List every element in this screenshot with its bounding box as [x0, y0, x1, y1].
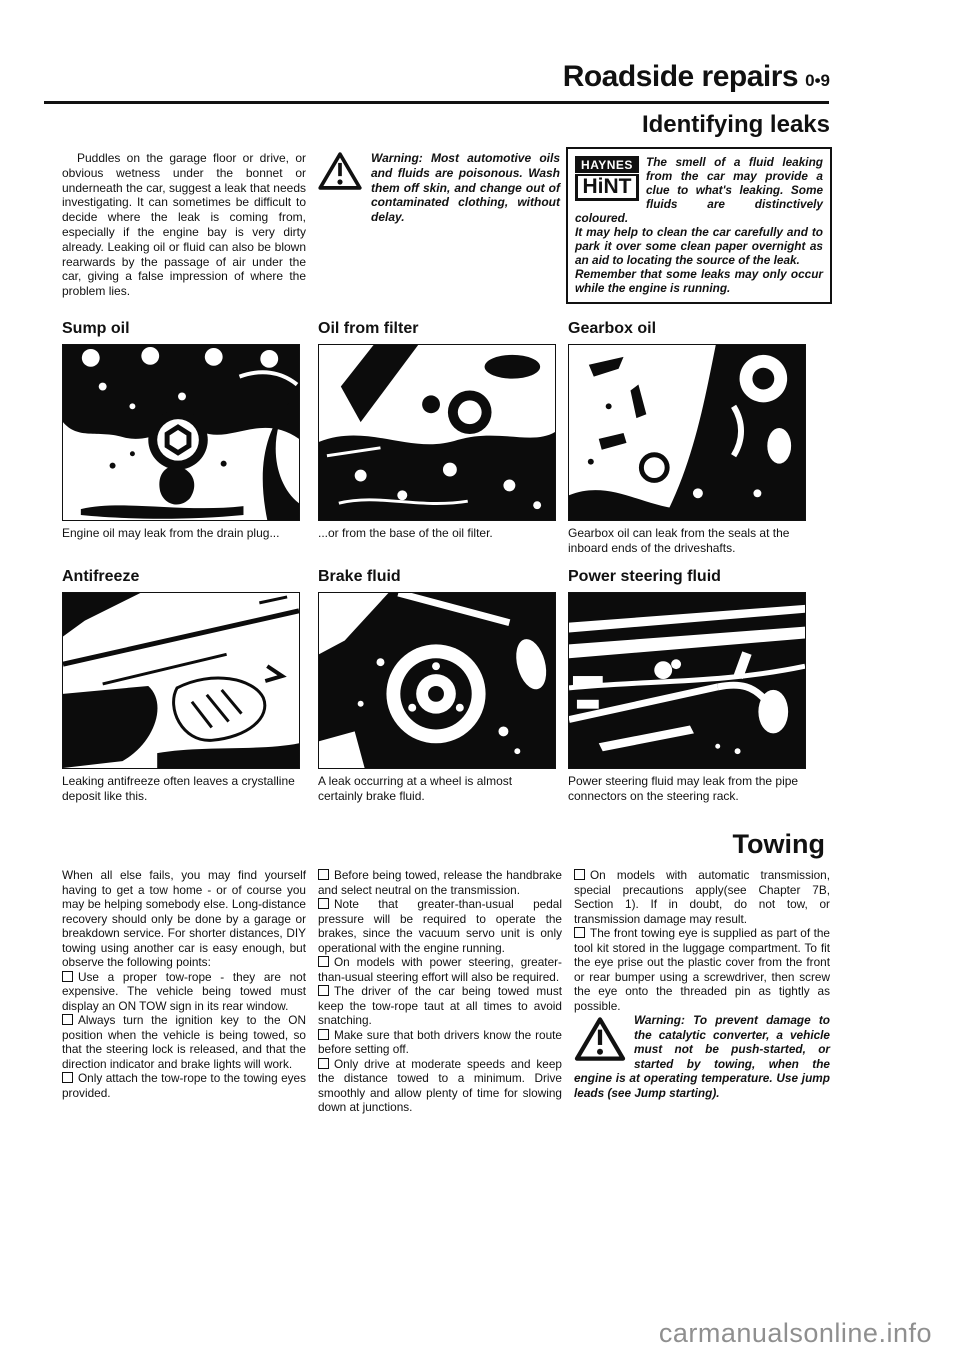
- towing-item-text: On models with power steering, greater-t…: [318, 955, 562, 984]
- leaks-warning-block: Warning: Most automotive oils and fluids…: [318, 151, 560, 225]
- section-title: Sump oil: [62, 320, 300, 338]
- checkbox-icon: [62, 971, 73, 982]
- warning-triangle-icon: [574, 1016, 626, 1062]
- towing-item: Use a proper tow-rope - they are not exp…: [62, 970, 306, 1014]
- photo-caption: ...or from the base of the oil filter.: [318, 526, 556, 541]
- section-title: Gearbox oil: [568, 320, 806, 338]
- brake-fluid-photo: [318, 592, 556, 769]
- haynes-hint-logo: HAYNES HiNT: [575, 156, 639, 201]
- checkbox-icon: [318, 956, 329, 967]
- towing-item-text: The driver of the car being towed must k…: [318, 984, 562, 1027]
- checkbox-icon: [574, 927, 585, 938]
- page-number: 0•9: [805, 71, 830, 90]
- haynes-hint-box: HAYNES HiNT The smell of a fluid leaking…: [566, 147, 832, 304]
- antifreeze-photo: [62, 592, 300, 769]
- warning-triangle-icon: [318, 151, 362, 191]
- photo-caption: Power steering fluid may leak from the p…: [568, 774, 806, 803]
- towing-item: Before being towed, release the handbrak…: [318, 868, 562, 897]
- photo-caption: Engine oil may leak from the drain plug.…: [62, 526, 300, 541]
- towing-column-3: On models with automatic transmission, s…: [574, 868, 830, 1100]
- sump-oil-photo: [62, 344, 300, 521]
- checkbox-icon: [318, 985, 329, 996]
- hint-paragraph: It may help to clean the car carefully a…: [575, 225, 823, 267]
- towing-intro: When all else fails, you may find yourse…: [62, 868, 306, 970]
- towing-warning-block: Warning: To prevent damage to the cataly…: [574, 1013, 830, 1100]
- towing-item-text: Always turn the ignition key to the ON p…: [62, 1013, 306, 1071]
- towing-item: The front towing eye is supplied as part…: [574, 926, 830, 1013]
- towing-item-text: Use a proper tow-rope - they are not exp…: [62, 970, 306, 1013]
- towing-item: Only drive at moderate speeds and keep t…: [318, 1057, 562, 1115]
- checkbox-icon: [62, 1072, 73, 1083]
- page-header: Roadside repairs0•9: [563, 60, 830, 94]
- towing-item: Always turn the ignition key to the ON p…: [62, 1013, 306, 1071]
- towing-item: On models with automatic transmission, s…: [574, 868, 830, 926]
- section-title: Oil from filter: [318, 320, 556, 338]
- section-sump-oil: Sump oil Engine oil may leak from the dr…: [62, 320, 300, 541]
- warning-triangle-icon: [318, 151, 362, 225]
- hint-paragraph: Remember that some leaks may only occur …: [575, 267, 823, 295]
- warning-triangle-icon: [574, 1016, 626, 1062]
- watermark: carmanualsonline.info: [659, 1318, 932, 1349]
- towing-item-text: The front towing eye is supplied as part…: [574, 926, 830, 1013]
- intro-paragraph: Puddles on the garage floor or drive, or…: [62, 151, 306, 299]
- leaks-warning-text: Warning: Most automotive oils and fluids…: [371, 151, 560, 225]
- identifying-leaks-heading: Identifying leaks: [642, 111, 830, 139]
- gearbox-oil-photo: [568, 344, 806, 521]
- towing-item: The driver of the car being towed must k…: [318, 984, 562, 1028]
- manual-page: Roadside repairs0•9 Identifying leaks Pu…: [0, 0, 960, 1362]
- section-title: Antifreeze: [62, 568, 300, 586]
- checkbox-icon: [318, 1029, 329, 1040]
- checkbox-icon: [318, 1058, 329, 1069]
- towing-item-text: On models with automatic transmission, s…: [574, 868, 830, 926]
- identifying-leaks-intro: Puddles on the garage floor or drive, or…: [62, 151, 306, 299]
- checkbox-icon: [318, 898, 329, 909]
- checkbox-icon: [62, 1014, 73, 1025]
- photo-caption: Leaking antifreeze often leaves a crysta…: [62, 774, 300, 803]
- section-brake-fluid: Brake fluid A leak occurring at a wheel …: [318, 568, 556, 803]
- towing-item: On models with power steering, greater-t…: [318, 955, 562, 984]
- photo-caption: A leak occurring at a wheel is almost ce…: [318, 774, 556, 803]
- towing-heading: Towing: [733, 829, 825, 860]
- towing-item-text: Only attach the tow-rope to the towing e…: [62, 1071, 306, 1100]
- towing-item-text: Before being towed, release the handbrak…: [318, 868, 562, 897]
- towing-item-text: Make sure that both drivers know the rou…: [318, 1028, 562, 1057]
- towing-item: Make sure that both drivers know the rou…: [318, 1028, 562, 1057]
- towing-column-2: Before being towed, release the handbrak…: [318, 868, 562, 1115]
- towing-column-1: When all else fails, you may find yourse…: [62, 868, 306, 1100]
- section-title: Power steering fluid: [568, 568, 806, 586]
- oil-filter-photo: [318, 344, 556, 521]
- section-oil-from-filter: Oil from filter ...or from the base of t…: [318, 320, 556, 541]
- power-steering-photo: [568, 592, 806, 769]
- section-power-steering-fluid: Power steering fluid Power steering flui…: [568, 568, 806, 803]
- section-gearbox-oil: Gearbox oil Gearbox oil can leak from th…: [568, 320, 806, 555]
- photo-caption: Gearbox oil can leak from the seals at t…: [568, 526, 806, 555]
- checkbox-icon: [318, 869, 329, 880]
- header-rule: [44, 101, 829, 104]
- section-title: Brake fluid: [318, 568, 556, 586]
- haynes-logo-text: HAYNES: [575, 156, 639, 173]
- hint-logo-text: HiNT: [575, 174, 639, 201]
- checkbox-icon: [574, 869, 585, 880]
- towing-item: Note that greater-than-usual pedal press…: [318, 897, 562, 955]
- towing-item-text: Note that greater-than-usual pedal press…: [318, 897, 562, 955]
- towing-item-text: Only drive at moderate speeds and keep t…: [318, 1057, 562, 1115]
- section-antifreeze: Antifreeze Leaking antifreeze often leav…: [62, 568, 300, 803]
- towing-item: Only attach the tow-rope to the towing e…: [62, 1071, 306, 1100]
- page-title: Roadside repairs: [563, 60, 798, 93]
